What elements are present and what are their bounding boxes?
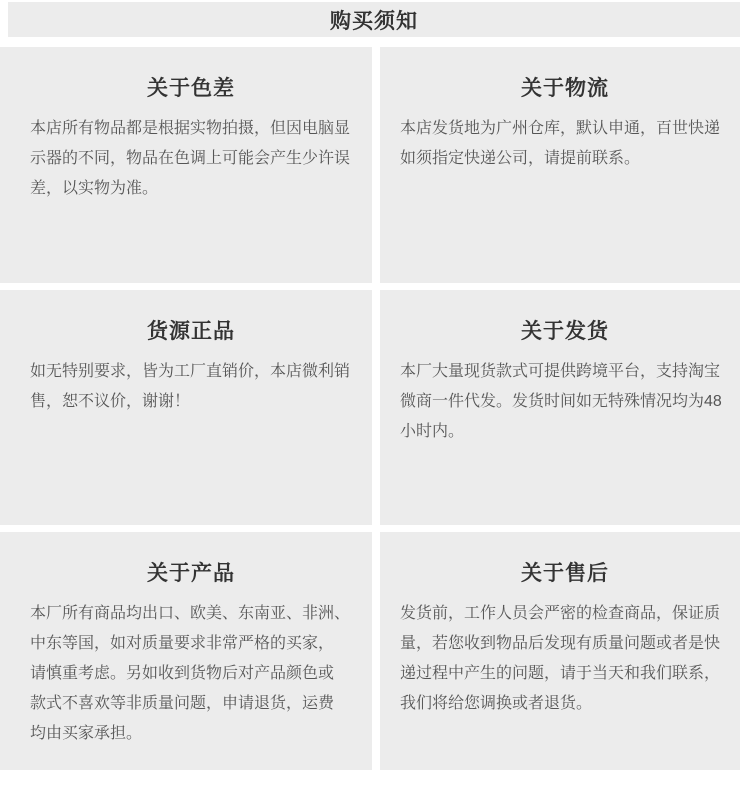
page-title: 购买须知 xyxy=(330,5,418,35)
purchase-notice-header: 购买须知 xyxy=(8,2,740,37)
panel-color-difference: 关于色差 本店所有物品都是根据实物拍摄，但因电脑显 示器的不同，物品在色调上可能… xyxy=(0,47,372,283)
panel-shipping-title: 关于发货 xyxy=(400,319,730,345)
panel-shipping-body: 本厂大量现货款式可提供跨境平台，支持淘宝 微商一件代发。发货时间如无特殊情况均为… xyxy=(400,357,730,447)
panel-logistics-title: 关于物流 xyxy=(400,76,730,102)
panel-logistics: 关于物流 本店发货地为广州仓库，默认申通，百世快递 如须指定快递公司，请提前联系… xyxy=(380,47,740,283)
notice-panel-grid: 关于色差 本店所有物品都是根据实物拍摄，但因电脑显 示器的不同，物品在色调上可能… xyxy=(0,47,740,770)
panel-product: 关于产品 本厂所有商品均出口、欧美、东南亚、非洲、 中东等国，如对质量要求非常严… xyxy=(0,532,372,770)
panel-genuine-source-body: 如无特别要求，皆为工厂直销价，本店微利销 售，恕不议价，谢谢！ xyxy=(30,357,352,417)
panel-genuine-source-title: 货源正品 xyxy=(30,319,352,345)
panel-logistics-body: 本店发货地为广州仓库，默认申通，百世快递 如须指定快递公司，请提前联系。 xyxy=(400,114,730,174)
panel-product-title: 关于产品 xyxy=(30,561,352,587)
panel-genuine-source: 货源正品 如无特别要求，皆为工厂直销价，本店微利销 售，恕不议价，谢谢！ xyxy=(0,290,372,525)
panel-shipping: 关于发货 本厂大量现货款式可提供跨境平台，支持淘宝 微商一件代发。发货时间如无特… xyxy=(380,290,740,525)
panel-after-sales-title: 关于售后 xyxy=(400,561,730,587)
panel-after-sales: 关于售后 发货前，工作人员会严密的检查商品，保证质 量，若您收到物品后发现有质量… xyxy=(380,532,740,770)
panel-after-sales-body: 发货前，工作人员会严密的检查商品，保证质 量，若您收到物品后发现有质量问题或者是… xyxy=(400,599,730,719)
panel-color-difference-body: 本店所有物品都是根据实物拍摄，但因电脑显 示器的不同，物品在色调上可能会产生少许… xyxy=(30,114,352,204)
panel-color-difference-title: 关于色差 xyxy=(30,76,352,102)
panel-product-body: 本厂所有商品均出口、欧美、东南亚、非洲、 中东等国，如对质量要求非常严格的买家，… xyxy=(30,599,352,749)
